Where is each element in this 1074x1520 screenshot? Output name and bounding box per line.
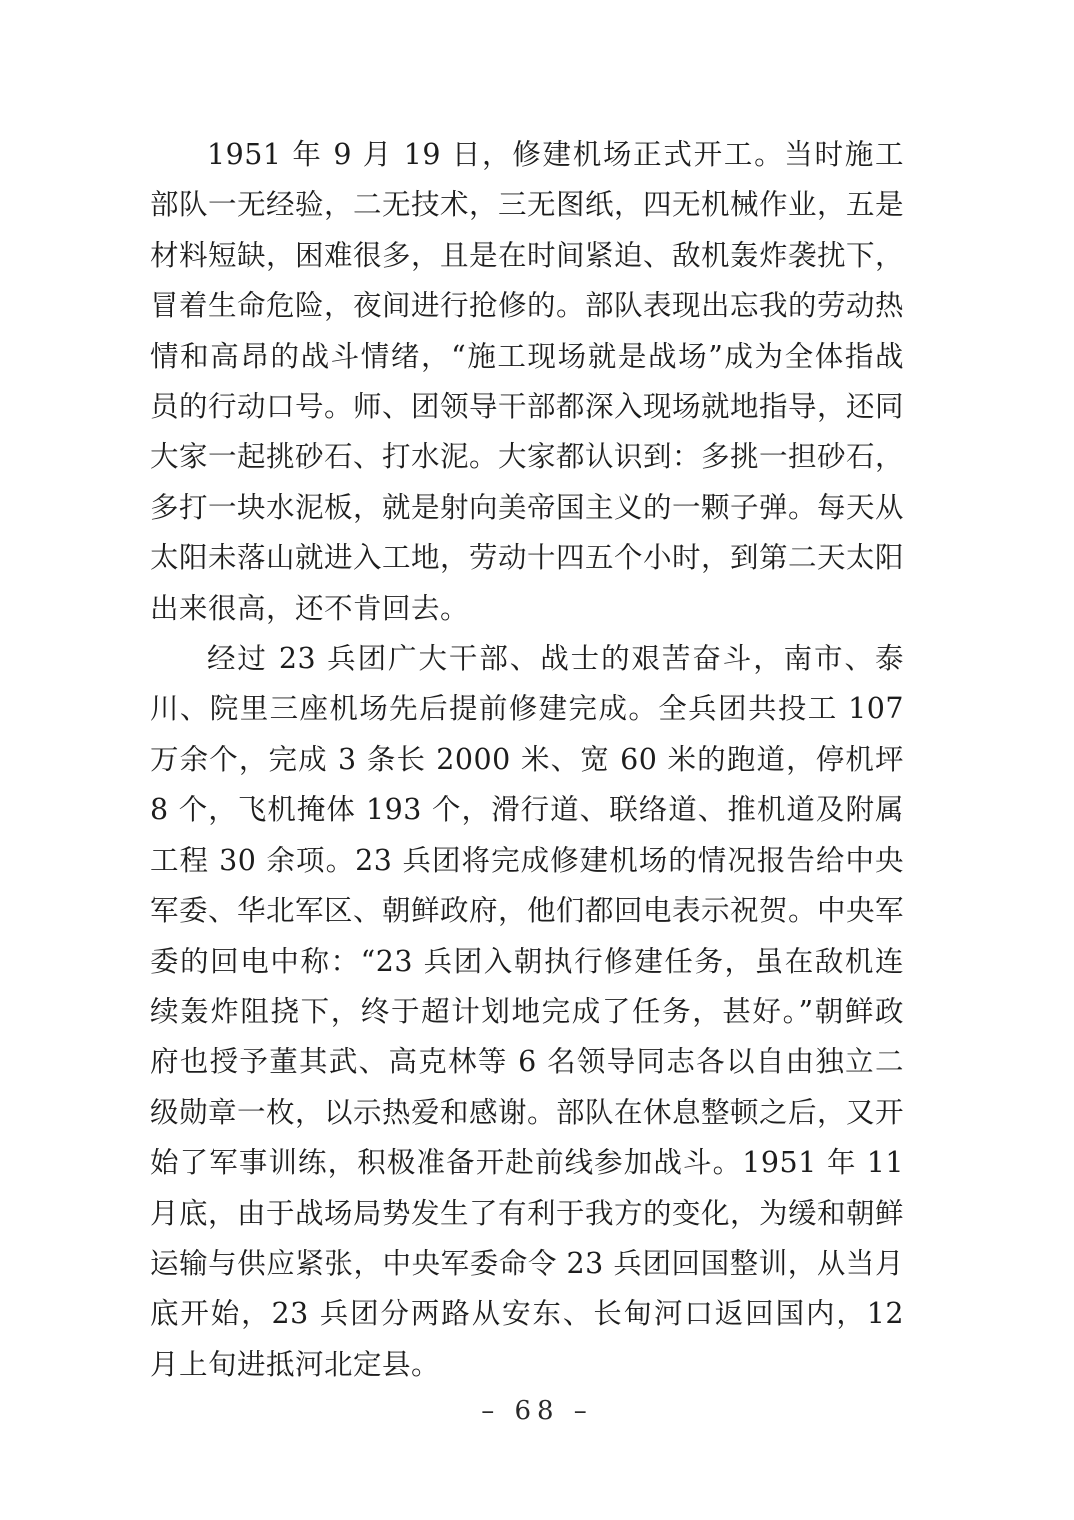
paragraph-2: 经过 23 兵团广大干部、战士的艰苦奋斗，南市、泰川、院里三座机场先后提前修建完…	[150, 634, 904, 1390]
document-page: 1951 年 9 月 19 日，修建机场正式开工。当时施工部队一无经验，二无技术…	[0, 0, 1074, 1520]
page-body: 1951 年 9 月 19 日，修建机场正式开工。当时施工部队一无经验，二无技术…	[150, 130, 904, 1390]
page-footer: – 68 –	[0, 1396, 1074, 1426]
paragraph-1: 1951 年 9 月 19 日，修建机场正式开工。当时施工部队一无经验，二无技术…	[150, 130, 904, 634]
page-number: – 68 –	[481, 1396, 593, 1426]
